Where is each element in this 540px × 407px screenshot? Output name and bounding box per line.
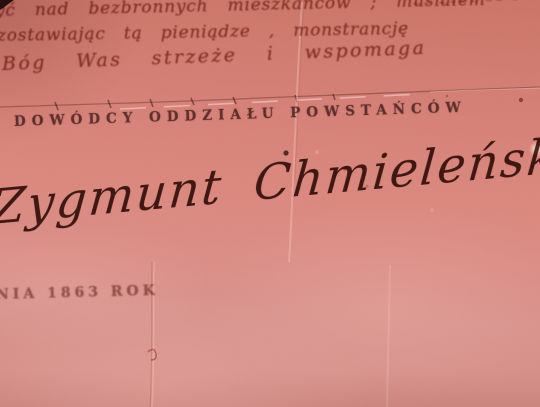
pink-freckle	[430, 208, 434, 212]
signature-zygmunt-chmielenski: Zygmunt Chmieleński	[0, 127, 540, 237]
ink-speck	[446, 95, 448, 97]
crease-highlight-right	[430, 88, 540, 92]
stamp-date: NIA 1863 ROK	[0, 283, 159, 303]
vertical-crease-bottom-right	[387, 265, 390, 407]
stamp-heading: DOWÓDCY ODDZIAŁU POWSTAŃCÓW	[14, 100, 467, 130]
document-photo: ∼∼ ∼∼∼∼ ∼∼ ∼ ∼∼∼ yć nad bezbronnych mies…	[0, 0, 540, 407]
ink-spot	[519, 98, 523, 102]
handwriting-line-1: yć nad bezbronnych mieszkańców ; musiałe…	[0, 0, 486, 21]
crease-hook-mark	[148, 349, 156, 360]
